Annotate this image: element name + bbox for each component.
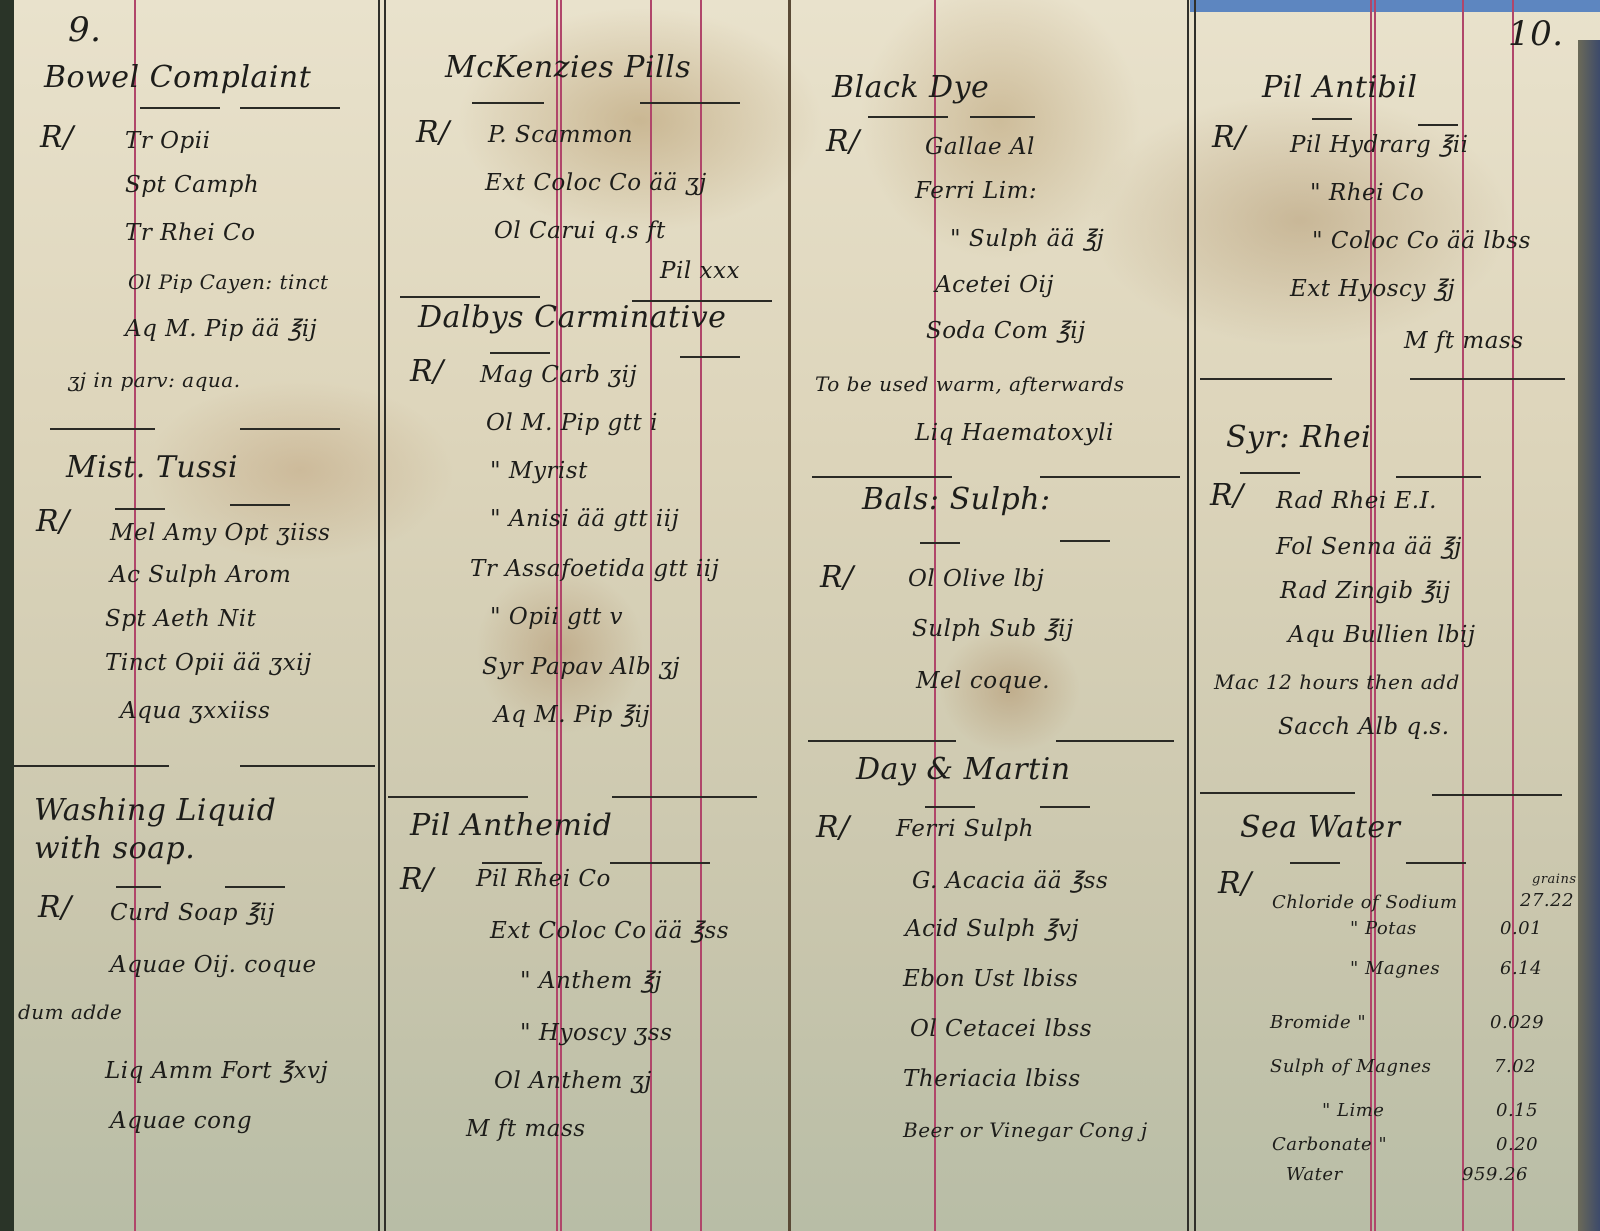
ingredient-value: 0.15 xyxy=(1496,1100,1538,1121)
background-strip xyxy=(1190,0,1600,12)
ingredient-line: Mac 12 hours then add xyxy=(1214,670,1460,694)
rx-symbol: R/ xyxy=(1210,478,1244,513)
ingredient-line: Soda Com ℥ij xyxy=(926,318,1086,344)
recipe-title: Syr: Rhei xyxy=(1226,420,1371,455)
ingredient-line: Ol Carui q.s ft xyxy=(494,218,666,244)
recipe-title: Black Dye xyxy=(832,70,989,105)
left-page-number: 9. xyxy=(68,10,101,50)
rx-symbol: R/ xyxy=(36,504,70,539)
ingredient-line: Pil xxx xyxy=(660,258,740,284)
ingredient-line: Tinct Opii ää ʒxij xyxy=(105,650,312,676)
rx-symbol: R/ xyxy=(826,124,860,159)
ingredient-line: To be used warm, afterwards xyxy=(815,372,1125,396)
book-right-edge xyxy=(1578,40,1600,1231)
ingredient-line: Curd Soap ℥ij xyxy=(110,900,275,926)
rx-symbol: R/ xyxy=(410,354,444,389)
ingredient-line: dum adde xyxy=(18,1000,122,1024)
rx-symbol: R/ xyxy=(416,115,450,150)
ingredient-line: Ext Hyoscy ℥j xyxy=(1290,276,1455,302)
ingredient-line: Ext Coloc Co ää ʒj xyxy=(485,170,707,196)
ingredient-value: 0.20 xyxy=(1496,1134,1538,1155)
ingredient-line: Aqu Bullien lbij xyxy=(1288,622,1476,648)
ingredient-name: Sulph of Magnes xyxy=(1270,1056,1431,1077)
ingredient-line: Aquae Oij. coque xyxy=(110,952,317,978)
ingredient-line: Mel Amy Opt ʒiiss xyxy=(110,520,331,546)
ingredient-line: Rad Rhei E.I. xyxy=(1276,488,1437,514)
ingredient-line: Ol Anthem ʒj xyxy=(494,1068,652,1094)
ingredient-line: M ft mass xyxy=(466,1116,586,1142)
ingredient-line: Sulph Sub ℥ij xyxy=(912,616,1074,642)
ingredient-line: " Anisi ää gtt iij xyxy=(490,506,679,532)
ingredient-name: Bromide " xyxy=(1270,1012,1366,1033)
ingredient-value: 0.01 xyxy=(1500,918,1542,939)
ingredient-line: Pil Rhei Co xyxy=(476,866,611,892)
rx-symbol: R/ xyxy=(38,890,72,925)
ingredient-line: Ol Pip Cayen: tinct xyxy=(128,270,329,294)
ingredient-line: " Coloc Co ää lbss xyxy=(1312,228,1531,254)
ingredient-line: Sacch Alb q.s. xyxy=(1278,714,1450,740)
recipe-title: Mist. Tussi xyxy=(66,450,238,485)
ingredient-line: Aquae cong xyxy=(110,1108,252,1134)
ingredient-line: Ext Coloc Co ää ℥ss xyxy=(490,918,729,944)
ingredient-line: Aq M. Pip ää ℥ij xyxy=(125,316,317,342)
ingredient-line: Aqua ʒxxiiss xyxy=(120,698,270,724)
recipe-title: Bals: Sulph: xyxy=(862,482,1051,517)
ingredient-line: G. Acacia ää ℥ss xyxy=(912,868,1108,894)
book-spine xyxy=(788,0,791,1231)
ingredient-line: Ol M. Pip gtt i xyxy=(486,410,658,436)
ingredient-name: " Potas xyxy=(1350,918,1417,939)
rx-symbol: R/ xyxy=(400,862,434,897)
ingredient-name: " Magnes xyxy=(1350,958,1440,979)
recipe-title: Bowel Complaint xyxy=(44,60,311,95)
ingredient-line: " Hyoscy ʒss xyxy=(520,1020,672,1046)
ingredient-line: Gallae Al xyxy=(925,134,1035,160)
ingredient-line: Spt Camph xyxy=(125,172,259,198)
ingredient-value: 7.02 xyxy=(1494,1056,1536,1077)
ingredient-value: 959.26 xyxy=(1462,1164,1528,1185)
rx-symbol: R/ xyxy=(816,810,850,845)
ingredient-name: Water xyxy=(1286,1164,1343,1185)
ingredient-line: Ac Sulph Arom xyxy=(110,562,291,588)
ingredient-line: " Sulph ää ℥j xyxy=(950,226,1104,252)
ingredient-line: Tr Rhei Co xyxy=(125,220,256,246)
ingredient-line: ʒj in parv: aqua. xyxy=(68,368,241,392)
ingredient-value: 27.22 xyxy=(1520,890,1574,911)
ingredient-line: Theriacia lbiss xyxy=(903,1066,1081,1092)
rx-symbol: R/ xyxy=(1212,120,1246,155)
ingredient-name: Carbonate " xyxy=(1272,1134,1387,1155)
ingredient-line: Aq M. Pip ℥ij xyxy=(494,702,650,728)
ingredient-line: Ol Olive lbj xyxy=(908,566,1044,592)
ingredient-name: " Lime xyxy=(1322,1100,1384,1121)
rx-symbol: R/ xyxy=(40,120,74,155)
recipe-title: Washing Liquid with soap. xyxy=(34,792,354,868)
recipe-title: Dalbys Carminative xyxy=(418,300,726,335)
ingredient-line: Spt Aeth Nit xyxy=(105,606,256,632)
rx-symbol: R/ xyxy=(1218,866,1252,901)
ingredient-line: Pil Hydrarg ℥ii xyxy=(1290,132,1469,158)
recipe-title: Pil Anthemid xyxy=(410,808,612,843)
ingredient-value: 6.14 xyxy=(1500,958,1542,979)
ingredient-line: Ol Cetacei lbss xyxy=(910,1016,1092,1042)
rx-symbol: R/ xyxy=(820,560,854,595)
unit-label: grains xyxy=(1532,872,1577,887)
ingredient-line: Tr Opii xyxy=(125,128,210,154)
ingredient-line: M ft mass xyxy=(1404,328,1524,354)
ingredient-line: Mel coque. xyxy=(916,668,1050,694)
ingredient-line: Rad Zingib ℥ij xyxy=(1280,578,1451,604)
ingredient-line: Liq Haematoxyli xyxy=(915,420,1114,446)
ingredient-line: " Opii gtt v xyxy=(490,604,623,630)
ingredient-line: P. Scammon xyxy=(488,122,633,148)
right-page-number: 10. xyxy=(1508,14,1564,54)
ingredient-line: Ebon Ust lbiss xyxy=(903,966,1078,992)
ingredient-line: Syr Papav Alb ʒj xyxy=(482,654,680,680)
recipe-title: Sea Water xyxy=(1240,810,1401,845)
ingredient-line: Mag Carb ʒij xyxy=(480,362,637,388)
ingredient-line: Acid Sulph ℥vj xyxy=(905,916,1079,942)
ingredient-line: Fol Senna ää ℥j xyxy=(1276,534,1462,560)
recipe-title: McKenzies Pills xyxy=(445,50,691,85)
recipe-title: Day & Martin xyxy=(856,752,1071,787)
book-left-edge xyxy=(0,0,14,1231)
ingredient-line: " Anthem ℥j xyxy=(520,968,662,994)
ingredient-line: " Rhei Co xyxy=(1310,180,1424,206)
ingredient-line: " Myrist xyxy=(490,458,588,484)
ingredient-line: Liq Amm Fort ℥xvj xyxy=(105,1058,328,1084)
ingredient-line: Ferri Lim: xyxy=(915,178,1037,204)
recipe-book-spread: 9. 10. Bowel Complaint R/ Tr Opii Spt Ca… xyxy=(0,0,1600,1231)
ingredient-value: 0.029 xyxy=(1490,1012,1544,1033)
ingredient-line: Ferri Sulph xyxy=(896,816,1034,842)
ingredient-line: Acetei Oij xyxy=(935,272,1054,298)
recipe-title: Pil Antibil xyxy=(1262,70,1417,105)
ingredient-name: Chloride of Sodium xyxy=(1272,892,1458,913)
ingredient-line: Beer or Vinegar Cong j xyxy=(903,1118,1148,1142)
ingredient-line: Tr Assafoetida gtt iij xyxy=(470,556,719,582)
